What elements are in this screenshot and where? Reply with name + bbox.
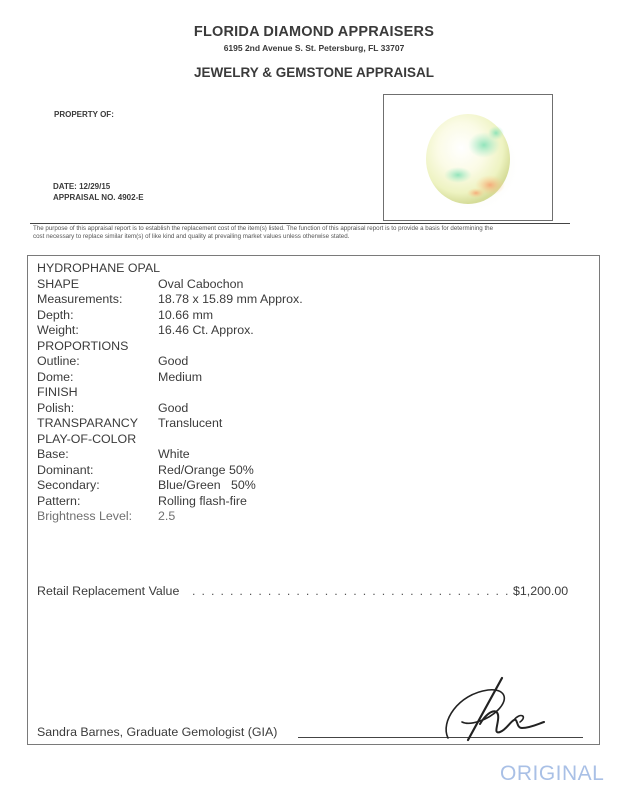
- spec-label: SHAPE: [37, 277, 79, 293]
- spec-label: Weight:: [37, 323, 79, 339]
- company-name: FLORIDA DIAMOND APPRAISERS: [0, 24, 628, 40]
- spec-label: PROPORTIONS: [37, 339, 128, 355]
- spec-value: 2.5: [158, 509, 175, 525]
- date-value: 12/29/15: [79, 182, 110, 191]
- disclaimer-text: The purpose of this appraisal report is …: [33, 225, 593, 241]
- spec-label: Measurements:: [37, 292, 122, 308]
- spec-value: Translucent: [158, 416, 222, 432]
- spec-label: Dome:: [37, 370, 74, 386]
- spec-value: Rolling flash-fire: [158, 494, 247, 510]
- header-rule: [30, 223, 570, 224]
- original-stamp: ORIGINAL: [500, 762, 604, 786]
- spec-label: FINISH: [37, 385, 78, 401]
- spec-label: Brightness Level:: [37, 509, 132, 525]
- spec-label: Pattern:: [37, 494, 80, 510]
- retail-value-amount: $1,200.00: [513, 584, 568, 598]
- spec-value: 16.46 Ct. Approx.: [158, 323, 254, 339]
- spec-label: Depth:: [37, 308, 74, 324]
- spec-value: Medium: [158, 370, 202, 386]
- date-line: DATE: 12/29/15: [53, 182, 110, 191]
- spec-label: Dominant:: [37, 463, 93, 479]
- company-address: 6195 2nd Avenue S. St. Petersburg, FL 33…: [0, 43, 628, 53]
- opal-image-icon: [384, 95, 552, 220]
- appraisal-details-box: [27, 255, 600, 745]
- signer-name: Sandra Barnes, Graduate Gemologist (GIA): [37, 725, 277, 739]
- spec-value: White: [158, 447, 190, 463]
- spec-value: Good: [158, 401, 188, 417]
- retail-replacement-value: Retail Replacement Value. . . . . . . . …: [37, 584, 577, 598]
- property-of-label: PROPERTY OF:: [54, 110, 114, 119]
- gemstone-photo: [383, 94, 553, 221]
- spec-value: Blue/Green 50%: [158, 478, 256, 494]
- spec-label: Outline:: [37, 354, 80, 370]
- spec-value: Red/Orange 50%: [158, 463, 254, 479]
- disclaimer-line-2: cost necessary to replace similar item(s…: [33, 233, 593, 241]
- spec-label: Base:: [37, 447, 69, 463]
- leader-dots: . . . . . . . . . . . . . . . . . . . . …: [192, 584, 510, 598]
- retail-value-label: Retail Replacement Value: [37, 584, 179, 598]
- spec-label: Polish:: [37, 401, 74, 417]
- spec-value: 18.78 x 15.89 mm Approx.: [158, 292, 303, 308]
- stone-type: HYDROPHANE OPAL: [37, 261, 160, 277]
- spec-label: Secondary:: [37, 478, 100, 494]
- document-title: JEWELRY & GEMSTONE APPRAISAL: [0, 65, 628, 80]
- appraisal-number-label: APPRAISAL NO.: [53, 193, 116, 202]
- disclaimer-line-1: The purpose of this appraisal report is …: [33, 225, 593, 233]
- date-label: DATE:: [53, 182, 77, 191]
- spec-value: Oval Cabochon: [158, 277, 243, 293]
- spec-label: TRANSPARANCY: [37, 416, 138, 432]
- spec-value: 10.66 mm: [158, 308, 213, 324]
- handwritten-signature-icon: [440, 676, 555, 744]
- appraisal-number-line: APPRAISAL NO. 4902-E: [53, 193, 144, 202]
- appraisal-number-value: 4902-E: [118, 193, 144, 202]
- spec-label: PLAY-OF-COLOR: [37, 432, 136, 448]
- spec-value: Good: [158, 354, 188, 370]
